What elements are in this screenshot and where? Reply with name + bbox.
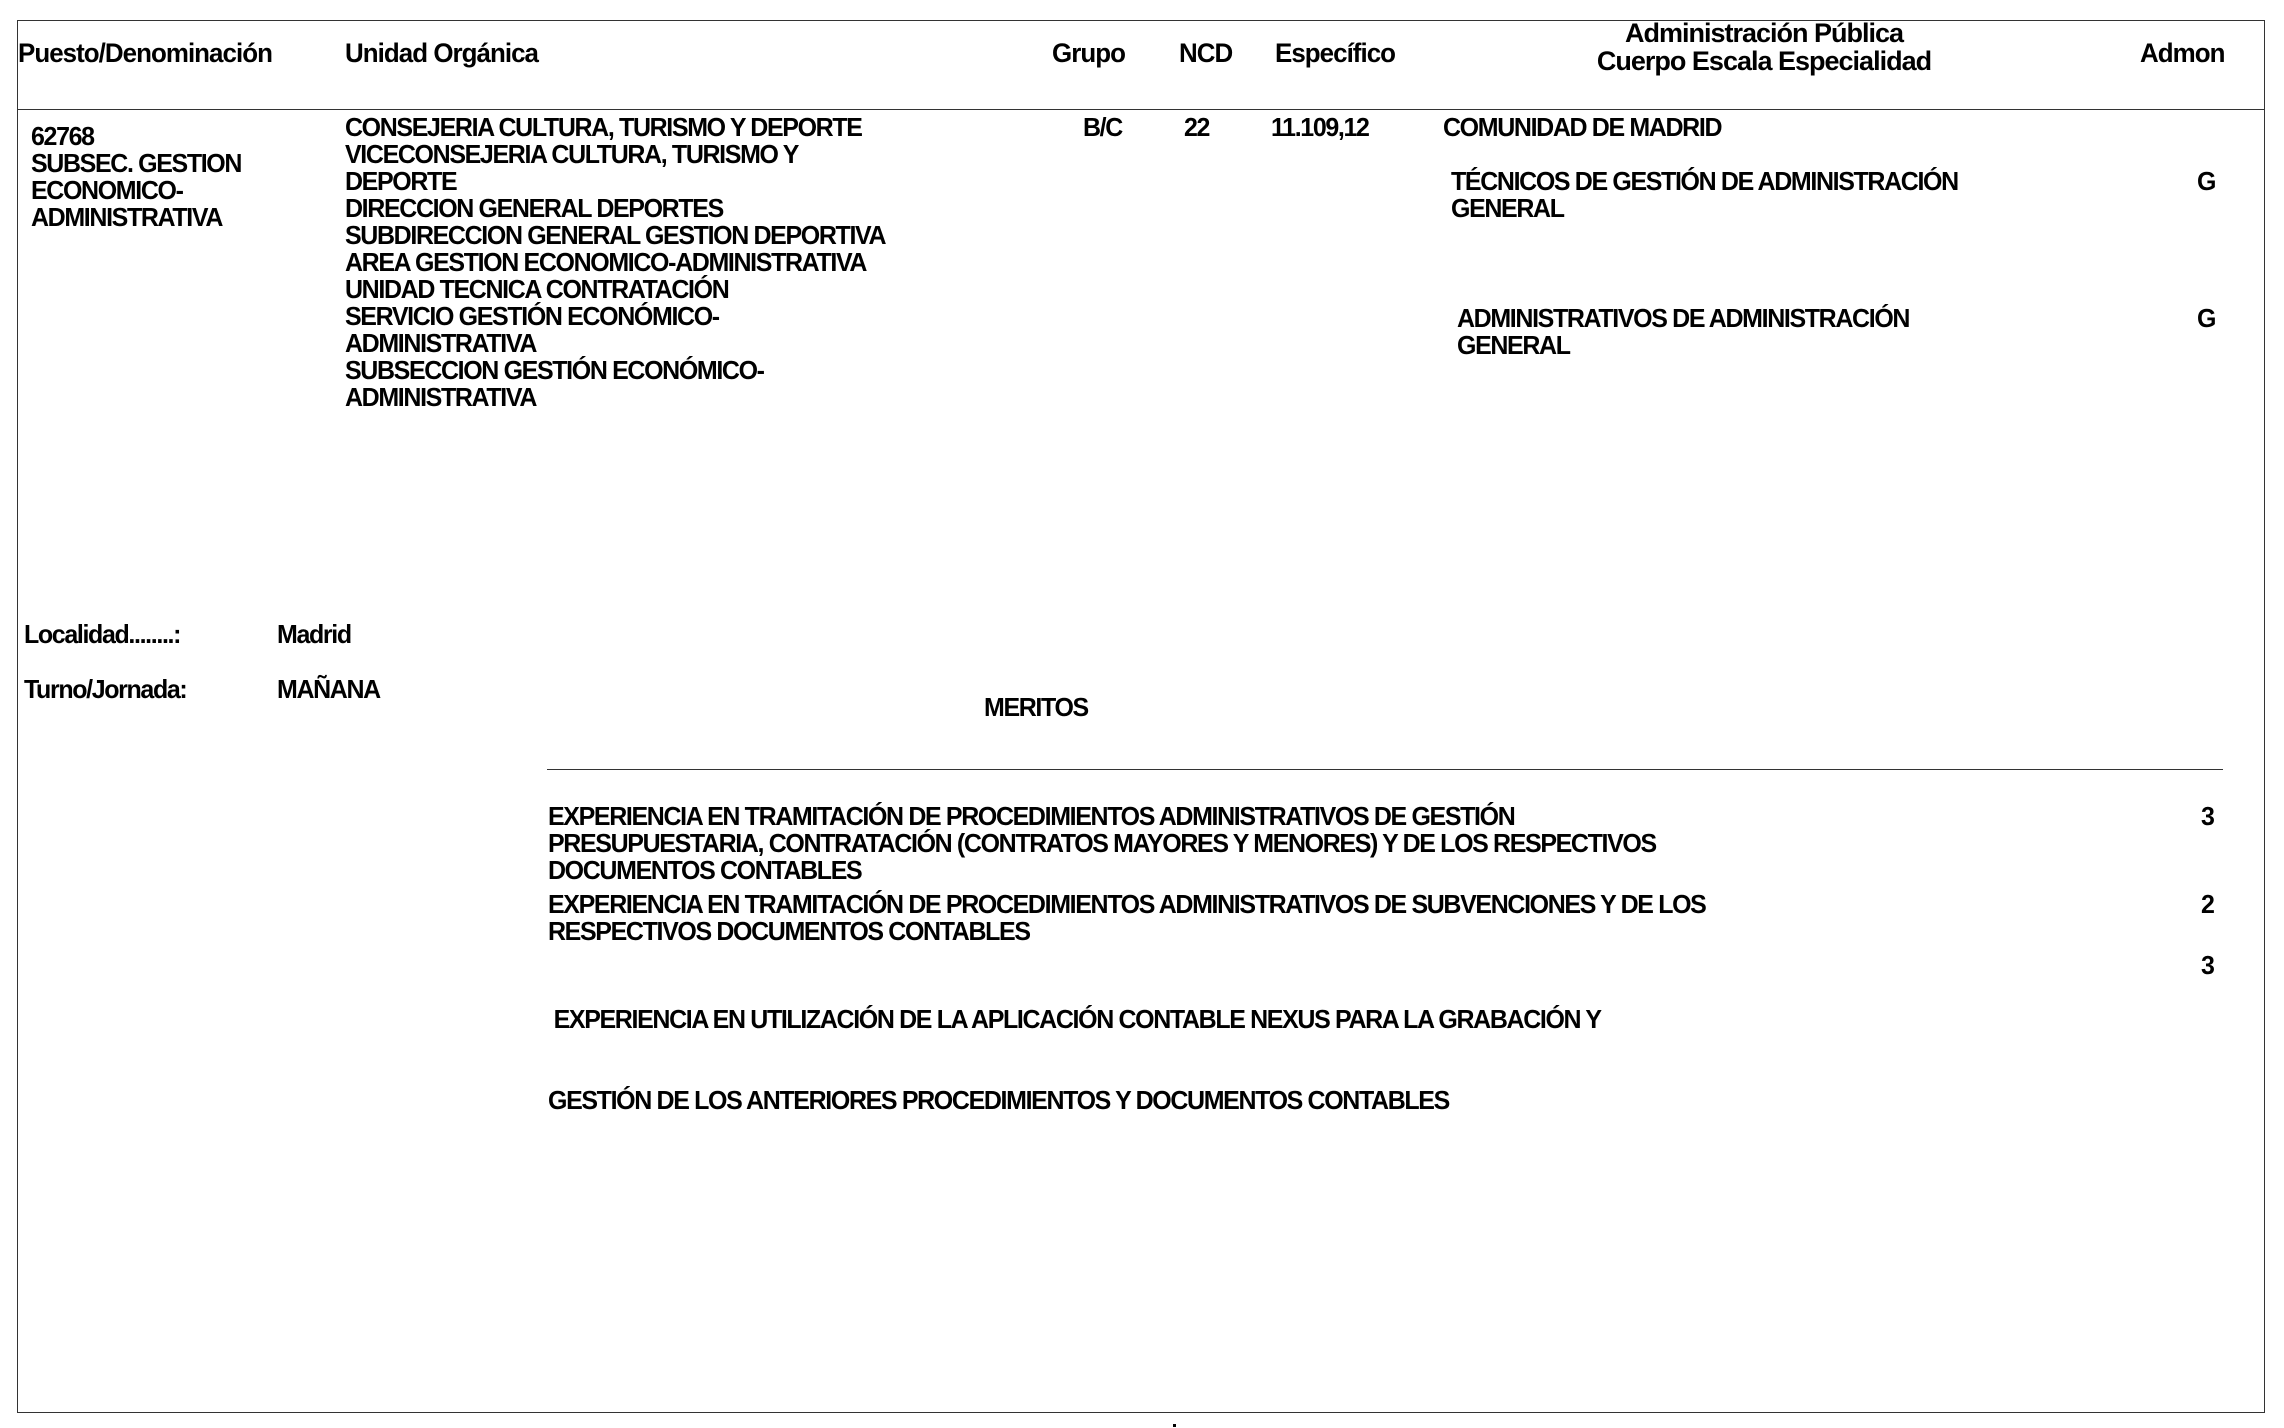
merito-line: GESTIÓN DE LOS ANTERIORES PROCEDIMIENTOS… — [548, 1087, 1601, 1114]
header-unidad: Unidad Orgánica — [345, 40, 538, 67]
header-ncd: NCD — [1179, 40, 1232, 67]
administracion-value: COMUNIDAD DE MADRID — [1443, 114, 1721, 141]
grupo-value: B/C — [1083, 114, 1122, 141]
ncd-value: 22 — [1184, 114, 1209, 141]
especifico-value: 11.109,12 — [1271, 114, 1369, 141]
localidad-label: Localidad........: — [24, 621, 180, 648]
merito-line: DOCUMENTOS CONTABLES — [548, 857, 1656, 884]
turno-label: Turno/Jornada: — [24, 676, 186, 703]
merito-points: 3 — [2201, 803, 2214, 830]
merito-points: 3 — [2201, 952, 2214, 979]
merito-line: PRESUPUESTARIA, CONTRATACIÓN (CONTRATOS … — [548, 830, 1656, 857]
unidad-organica-line: SUBDIRECCION GENERAL GESTION DEPORTIVA — [345, 222, 885, 249]
merito-item: EXPERIENCIA EN TRAMITACIÓN DE PROCEDIMIE… — [548, 891, 1705, 945]
header-cuerpo-escala: Cuerpo Escala Especialidad — [1564, 48, 1964, 75]
cuerpo-line: ADMINISTRATIVOS DE ADMINISTRACIÓN — [1457, 305, 1909, 332]
cuerpo-admon: G — [2197, 168, 2215, 195]
puesto-line: ECONOMICO- — [31, 177, 241, 204]
header-especifico: Específico — [1275, 40, 1395, 67]
unidad-organica-line: CONSEJERIA CULTURA, TURISMO Y DEPORTE — [345, 114, 885, 141]
turno-value: MAÑANA — [277, 676, 380, 703]
cuerpo-line: GENERAL — [1457, 332, 1909, 359]
page-mark — [1173, 1424, 1176, 1427]
unidad-organica-line: SUBSECCION GESTIÓN ECONÓMICO- — [345, 357, 885, 384]
cuerpo-line: GENERAL — [1451, 195, 1958, 222]
merito-line: EXPERIENCIA EN UTILIZACIÓN DE LA APLICAC… — [548, 1006, 1601, 1033]
meritos-divider — [547, 769, 2223, 770]
cuerpo-line: TÉCNICOS DE GESTIÓN DE ADMINISTRACIÓN — [1451, 168, 1958, 195]
unidad-organica-line: ADMINISTRATIVA — [345, 330, 885, 357]
header-puesto: Puesto/Denominación — [18, 40, 272, 67]
header-administracion: Administración Pública — [1584, 20, 1944, 47]
unidad-organica-line: ADMINISTRATIVA — [345, 384, 885, 411]
puesto-line: ADMINISTRATIVA — [31, 204, 241, 231]
puesto-cell: 62768 SUBSEC. GESTION ECONOMICO- ADMINIS… — [31, 123, 241, 231]
meritos-title: MERITOS — [984, 694, 1088, 721]
unidad-organica-line: AREA GESTION ECONOMICO-ADMINISTRATIVA — [345, 249, 885, 276]
unidad-organica-line: SERVICIO GESTIÓN ECONÓMICO- — [345, 303, 885, 330]
unidad-organica-cell: CONSEJERIA CULTURA, TURISMO Y DEPORTEVIC… — [345, 114, 885, 411]
header-admon: Admon — [2140, 40, 2224, 67]
header-grupo: Grupo — [1052, 40, 1125, 67]
puesto-code: 62768 — [31, 123, 241, 150]
localidad-value: Madrid — [277, 621, 351, 648]
unidad-organica-line: VICECONSEJERIA CULTURA, TURISMO Y — [345, 141, 885, 168]
unidad-organica-line: DIRECCION GENERAL DEPORTES — [345, 195, 885, 222]
cuerpo-item: TÉCNICOS DE GESTIÓN DE ADMINISTRACIÓN GE… — [1451, 168, 1958, 222]
merito-item: EXPERIENCIA EN TRAMITACIÓN DE PROCEDIMIE… — [548, 803, 1656, 884]
unidad-organica-line: UNIDAD TECNICA CONTRATACIÓN — [345, 276, 885, 303]
merito-item: EXPERIENCIA EN UTILIZACIÓN DE LA APLICAC… — [548, 952, 1601, 1141]
merito-line: EXPERIENCIA EN TRAMITACIÓN DE PROCEDIMIE… — [548, 803, 1656, 830]
puesto-line: SUBSEC. GESTION — [31, 150, 241, 177]
unidad-organica-line: DEPORTE — [345, 168, 885, 195]
merito-points: 2 — [2201, 891, 2214, 918]
merito-line: EXPERIENCIA EN TRAMITACIÓN DE PROCEDIMIE… — [548, 891, 1705, 918]
merito-line: RESPECTIVOS DOCUMENTOS CONTABLES — [548, 918, 1705, 945]
header-divider — [17, 109, 2265, 110]
cuerpo-item: ADMINISTRATIVOS DE ADMINISTRACIÓN GENERA… — [1457, 305, 1909, 359]
cuerpo-admon: G — [2197, 305, 2215, 332]
